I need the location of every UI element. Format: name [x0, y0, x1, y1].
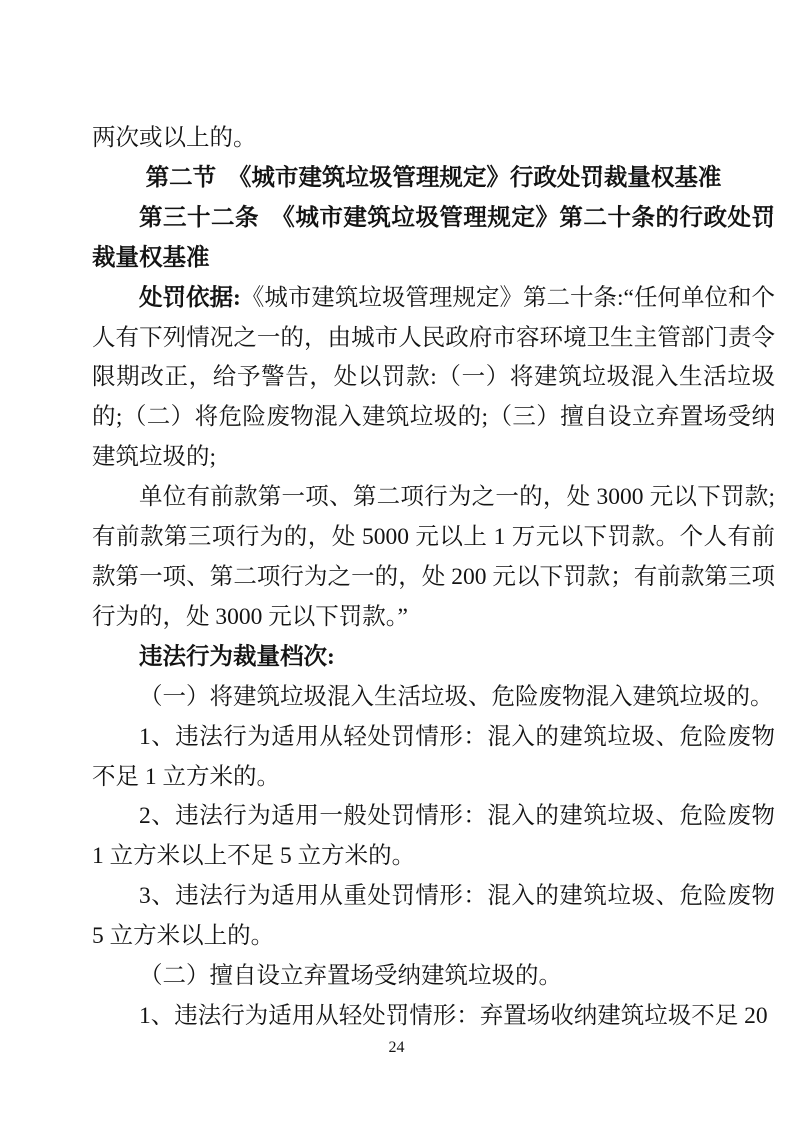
page-number: 24 — [0, 1038, 793, 1058]
penalty-basis-label: 处罚依据: — [139, 285, 241, 311]
document-page: 两次或以上的。 第二节 《城市建筑垃圾管理规定》行政处罚裁量权基准 第三十二条 … — [0, 0, 793, 1122]
paragraph-tier-general-1: 2、违法行为适用一般处罚情形：混入的建筑垃圾、危险废物 1 立方米以上不足 5 … — [92, 797, 775, 877]
paragraph-tier-heavy-1: 3、违法行为适用从重处罚情形：混入的建筑垃圾、危险废物 5 立方米以上的。 — [92, 877, 775, 957]
paragraph-tier-light-2: 1、违法行为适用从轻处罚情形：弃置场收纳建筑垃圾不足 20 — [92, 997, 775, 1037]
article-heading: 第三十二条 《城市建筑垃圾管理规定》第二十条的行政处罚裁量权基准 — [92, 199, 775, 279]
paragraph-tier-light-1: 1、违法行为适用从轻处罚情形：混入的建筑垃圾、危险废物不足 1 立方米的。 — [92, 718, 775, 798]
discretion-tiers-heading: 违法行为裁量档次: — [92, 638, 775, 678]
paragraph-continuation: 两次或以上的。 — [92, 119, 775, 159]
paragraph-item-one: （一）将建筑垃圾混入生活垃圾、危险废物混入建筑垃圾的。 — [92, 678, 775, 718]
paragraph-item-two: （二）擅自设立弃置场受纳建筑垃圾的。 — [92, 957, 775, 997]
paragraph-penalty-basis: 处罚依据:《城市建筑垃圾管理规定》第二十条:“任何单位和个人有下列情况之一的，由… — [92, 279, 775, 479]
section-heading: 第二节 《城市建筑垃圾管理规定》行政处罚裁量权基准 — [92, 159, 775, 199]
penalty-basis-text: 《城市建筑垃圾管理规定》第二十条:“任何单位和个人有下列情况之一的，由城市人民政… — [92, 285, 775, 471]
document-body: 两次或以上的。 第二节 《城市建筑垃圾管理规定》行政处罚裁量权基准 第三十二条 … — [92, 119, 775, 1037]
paragraph-fine-amounts: 单位有前款第一项、第二项行为之一的，处 3000 元以下罚款;有前款第三项行为的… — [92, 478, 775, 638]
